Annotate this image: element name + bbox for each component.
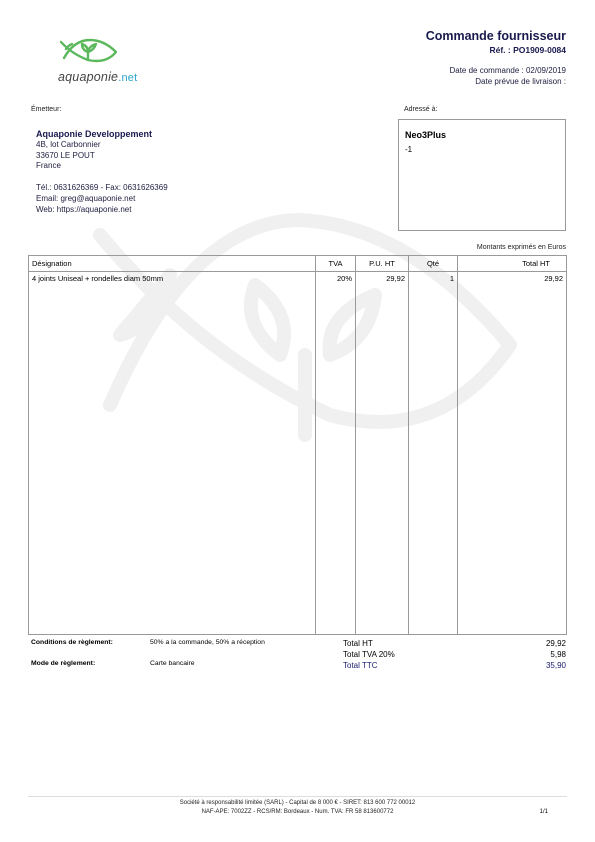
sender-block: Aquaponie Developpement 4B, lot Carbonni…: [36, 129, 168, 215]
total-ttc-value: 35,90: [546, 661, 566, 670]
sender-web: Web: https://aquaponie.net: [36, 205, 168, 216]
document-title: Commande fournisseur: [426, 29, 566, 43]
sender-address-line2: 33670 LE POUT: [36, 151, 168, 162]
row-total-ht: 29,92: [458, 272, 567, 286]
col-tva: TVA: [316, 256, 356, 272]
footer-legal-line2: NAF-APE: 7002ZZ - RCS/RM: Bordeaux - Num…: [0, 809, 595, 815]
fish-sprout-icon: [58, 38, 120, 68]
page-number: 1/1: [540, 809, 548, 815]
total-ht-value: 29,92: [546, 639, 566, 648]
mode-value: Carte bancaire: [150, 660, 195, 667]
order-reference: Réf. : PO1909-0084: [489, 45, 566, 55]
total-ht-label: Total HT: [343, 639, 373, 648]
footer-legal-line1: Société à responsabilité limitée (SARL) …: [0, 800, 595, 806]
row-designation: 4 joints Uniseal + rondelles diam 50mm: [29, 272, 316, 286]
recipient-label: Adressé à:: [404, 106, 437, 113]
conditions-value: 50% a la commande, 50% a réception: [150, 639, 265, 646]
company-logo: aquaponie.net: [52, 38, 142, 88]
delivery-date: Date prévue de livraison :: [475, 77, 566, 86]
sender-address-line1: 4B, lot Carbonnier: [36, 140, 168, 151]
sender-label: Émetteur:: [31, 106, 61, 113]
footer-divider: [28, 796, 567, 797]
logo-wordmark-suffix: .net: [118, 72, 137, 84]
col-total-ht: Total HT: [458, 256, 567, 272]
recipient-name: Neo3Plus: [405, 130, 446, 140]
sender-email: Email: greg@aquaponie.net: [36, 194, 168, 205]
sender-phone-fax: Tél.: 0631626369 - Fax: 0631626369: [36, 183, 168, 194]
recipient-line: -1: [405, 145, 412, 154]
mode-label: Mode de règlement:: [31, 660, 95, 667]
logo-wordmark: aquaponie.net: [58, 70, 137, 84]
sender-country: France: [36, 161, 168, 172]
total-tva-label: Total TVA 20%: [343, 650, 395, 659]
table-header-row: Désignation TVA P.U. HT Qté Total HT: [29, 256, 567, 272]
total-ttc-label: Total TTC: [343, 661, 378, 670]
currency-note: Montants exprimés en Euros: [477, 244, 566, 251]
row-pu-ht: 29,92: [356, 272, 409, 286]
col-pu-ht: P.U. HT: [356, 256, 409, 272]
table-row: 4 joints Uniseal + rondelles diam 50mm 2…: [29, 272, 567, 286]
items-table: Désignation TVA P.U. HT Qté Total HT 4 j…: [28, 255, 567, 635]
col-qty: Qté: [409, 256, 458, 272]
col-designation: Désignation: [29, 256, 316, 272]
row-tva: 20%: [316, 272, 356, 286]
row-qty: 1: [409, 272, 458, 286]
table-filler: [29, 286, 567, 635]
conditions-label: Conditions de règlement:: [31, 639, 113, 646]
recipient-box: Neo3Plus -1: [398, 119, 566, 231]
sender-name: Aquaponie Developpement: [36, 129, 168, 140]
total-tva-value: 5,98: [550, 650, 566, 659]
logo-wordmark-main: aquaponie: [58, 70, 118, 84]
order-date: Date de commande : 02/09/2019: [449, 66, 566, 75]
